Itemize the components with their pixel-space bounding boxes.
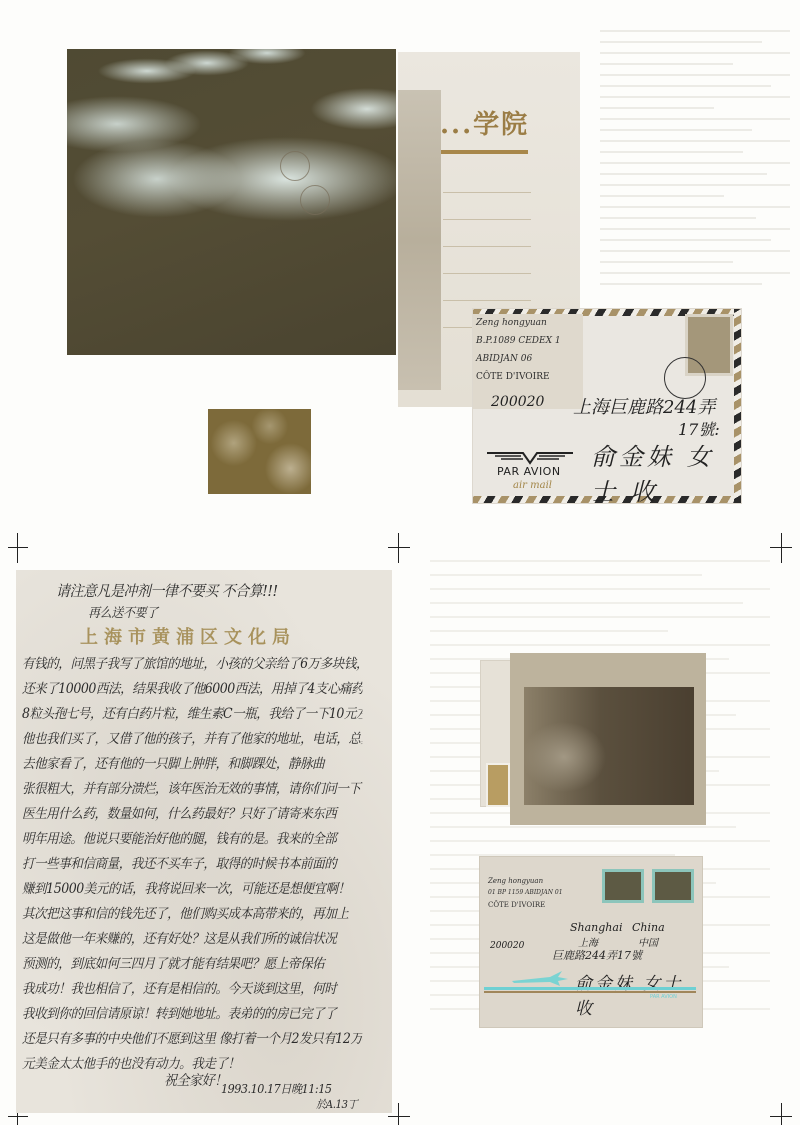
crop-mark <box>781 1103 782 1125</box>
address-line: 巨鹿路244弄17號 <box>552 947 642 963</box>
crop-mark <box>17 533 18 563</box>
letter-line: 元美金太太他手的也没有动力。我走了！ <box>22 1052 362 1072</box>
airmail-band <box>484 991 696 993</box>
stamp-icon <box>602 869 644 903</box>
return-address-line: B.P.1089 CEDEX 1 <box>476 336 561 346</box>
crop-mark <box>388 547 410 548</box>
letter-line: 他也我们买了，又借了他的孩子，并有了他家的地址，电话，总算 <box>22 727 362 747</box>
handwritten-letter: 请注意凡是冲剂一律不要买 不合算!!! 再么送不要了 上海市黄浦区文化局 有钱的… <box>16 570 392 1113</box>
return-address-label: Zeng hongyuan B.P.1089 CEDEX 1 ABIDJAN 0… <box>473 314 583 409</box>
crop-mark <box>781 533 782 563</box>
letter-header-note: 请注意凡是冲剂一律不要买 不合算!!! <box>56 580 396 601</box>
glasses-photo <box>67 49 396 355</box>
translucent-paper-strip <box>398 90 441 390</box>
airplane-icon <box>510 969 570 987</box>
letterhead-gold-rule <box>438 150 528 154</box>
address-line-1: 上海巨鹿路244弄 <box>573 393 715 419</box>
letter-line: 这是做他一年来赚的，还有好处？这是从我们所的诚信状况 <box>22 927 362 947</box>
letter-date: 1993.10.17日晚11:15 <box>221 1080 374 1097</box>
return-address-line: 01 BP 1159 ABIDJAN 01 <box>488 889 563 896</box>
letter-line: 赚到15000美元的话，我将说回来一次，可能还是想便宜啊！ <box>22 877 362 897</box>
recipient-name: 俞金妹 女士 收 <box>591 437 741 507</box>
postal-code: 200020 <box>491 394 544 410</box>
letter-line: 还来了10000西法，结果我收了他6000西法，用掉了4支心痛药，退了 <box>22 677 362 697</box>
tree-branches-photo <box>208 409 311 494</box>
crop-mark <box>398 533 399 563</box>
letterhead-organization: 上海市黄浦区文化局 <box>80 623 296 649</box>
letter-line: 其次把这事和信的钱先还了，他们购买成本高带来的，再加上 <box>22 902 362 922</box>
letter-line: 张很粗大，并有部分溃烂，该年医治无效的事情，请你们问一下 <box>22 777 362 797</box>
ruled-line <box>443 246 531 247</box>
letter-header-note: 再么送不要了 <box>88 602 428 621</box>
ruled-line <box>443 300 531 301</box>
bleed-through-text-top-right <box>600 30 790 330</box>
girl-portrait-photo <box>524 687 694 805</box>
ruled-line <box>443 273 531 274</box>
par-avion-label: PAR AVION <box>650 994 677 1000</box>
letter-line: 我成功！我也相信了，还有是相信的。今天谈到这里，何时 <box>22 977 362 997</box>
crop-mark <box>770 547 792 548</box>
letter-line: 有钱的，问黑子我写了旅馆的地址，小孩的父亲给了6万多块钱， <box>22 652 362 672</box>
letter-line: 还是只有多事的中央他们不愿到这里 像打着一个月2发只有12万400 <box>22 1027 362 1047</box>
letterhead-title: ...学院 <box>440 104 529 141</box>
ruled-line <box>443 192 531 193</box>
letter-line: 去他家看了，还有他的一只脚上肿胖，和脚踝处，静脉曲 <box>22 752 362 772</box>
letter-line: 明年用途。他说只要能治好他的腿，钱有的是。我来的全部 <box>22 827 362 847</box>
destination-city: Shanghai <box>570 921 622 934</box>
crop-mark <box>770 1116 792 1117</box>
letter-line: 我收到你的回信请原谅！转到她地址。表弟的的房已完了了 <box>22 1002 362 1022</box>
crop-mark <box>398 1103 399 1125</box>
airmail-envelope-2: Zeng hongyuan 01 BP 1159 ABIDJAN 01 CÔTE… <box>480 857 702 1027</box>
ruled-line <box>443 219 531 220</box>
postal-code: 200020 <box>490 941 524 951</box>
letter-line: 预测的，到底如何三四月了就才能有结果吧？愿上帝保佑 <box>22 952 362 972</box>
return-address-line: Zeng hongyuan <box>488 877 543 885</box>
return-address-line: CÔTE D'IVOIRE <box>488 901 545 909</box>
return-address-line: Zeng hongyuan <box>476 318 547 328</box>
airmail-envelope-1: Zeng hongyuan B.P.1089 CEDEX 1 ABIDJAN 0… <box>473 309 741 503</box>
letter-signature: 於A.13丁 <box>316 1096 381 1112</box>
airmail-band <box>484 987 696 990</box>
destination-country: China <box>632 921 665 934</box>
letter-line: 8粒头孢七号，还有白药片粒，维生素C一瓶，我给了一下10元左右， <box>22 702 362 722</box>
recipient-name: 俞金妹 女士 收 <box>575 969 702 1019</box>
photo-in-envelope <box>510 653 706 825</box>
stamp-icon <box>486 763 510 807</box>
stamp-icon <box>652 869 694 903</box>
wings-icon <box>487 451 573 465</box>
letter-line: 医生用什么药，数量如何，什么药最好？只好了请寄来东西 <box>22 802 362 822</box>
crop-mark <box>388 1116 410 1117</box>
return-address-line: ABIDJAN 06 <box>476 354 532 364</box>
letter-line: 打一些事和信商量，我还不买车子，取得的时候书本前面的 <box>22 852 362 872</box>
crop-mark <box>8 1116 28 1117</box>
eyeglasses-icon <box>272 149 342 239</box>
crop-mark <box>8 547 28 548</box>
return-address-line: CÔTE D'IVOIRE <box>476 372 550 382</box>
air-mail-label: air mail <box>513 480 552 491</box>
par-avion-label: PAR AVION <box>497 465 561 478</box>
